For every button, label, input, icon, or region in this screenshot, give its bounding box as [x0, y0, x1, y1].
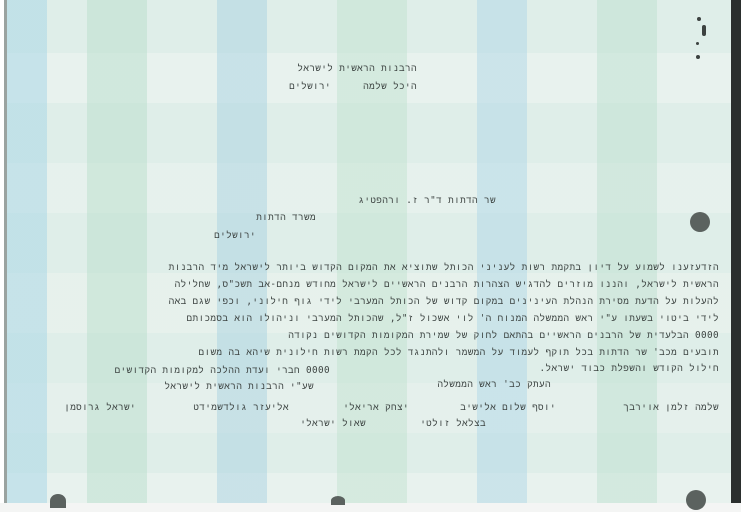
- scan-mark: [696, 55, 700, 59]
- committee-affiliation: שע"י הרבנות הראשית לישראל: [164, 381, 314, 392]
- scan-edge-bottom: [0, 503, 741, 512]
- letterhead-address-right: היכל שלמה: [363, 81, 417, 92]
- signatory: שלמה זלמן אוירבך: [623, 402, 719, 413]
- recipient-city: ירושלים: [214, 230, 256, 241]
- signatory: אליעזר גולדשמידט: [193, 402, 289, 413]
- letterhead-address-left: ירושלים: [289, 81, 331, 92]
- punch-hole: [686, 490, 706, 510]
- scan-edge-right: [731, 0, 741, 512]
- punch-hole: [50, 494, 66, 508]
- body-line: הראשית לישראל, והננו מוזרים להדגיש הצהרו…: [175, 279, 719, 290]
- scanned-document-page: [4, 0, 734, 503]
- body-line: חילול הקודש והשפלת כבוד ישראל.: [540, 363, 719, 374]
- copy-note: העתק כב' ראש הממשלה: [437, 379, 551, 390]
- body-line: הזדעזענו לשמוע על דיון בתקמת רשות לעניני…: [169, 262, 719, 273]
- recipient-name: שר הדתות ד"ר ז. ורהפטיג: [358, 195, 496, 206]
- committee-line: 0000 חברי ועדת ההלכה למקומות הקדושים: [115, 365, 330, 376]
- recipient-office: משרד הדתות: [256, 212, 316, 223]
- body-line: תובעים מכב' שר הדתות בכל תוקף לעמוד על ה…: [199, 347, 720, 358]
- punch-hole: [331, 496, 345, 505]
- body-line: להעלות על הדעת מסירת הנהלת העינינים במקו…: [169, 296, 719, 307]
- body-line: לידי ביטוי בשעתו ע"י ראש הממשלה המנוח ה'…: [187, 313, 719, 324]
- scan-mark: [702, 25, 706, 36]
- signatory: יצחק אריאלי: [343, 402, 409, 413]
- signatory: יוסף שלום אלישיב: [460, 402, 556, 413]
- scan-mark: [696, 42, 699, 45]
- signatory: ישראל גרוסמן: [64, 402, 136, 413]
- letterhead-title: הרבנות הראשית לישראל: [297, 63, 417, 74]
- punch-hole: [690, 212, 710, 232]
- signatory: בצלאל זולטי: [420, 418, 486, 429]
- body-line: 0000 הבלעדית של הרבנים הראשיים בהתאם לחו…: [288, 330, 719, 341]
- scan-mark: [697, 17, 701, 21]
- signatory: שאול ישראלי: [300, 418, 366, 429]
